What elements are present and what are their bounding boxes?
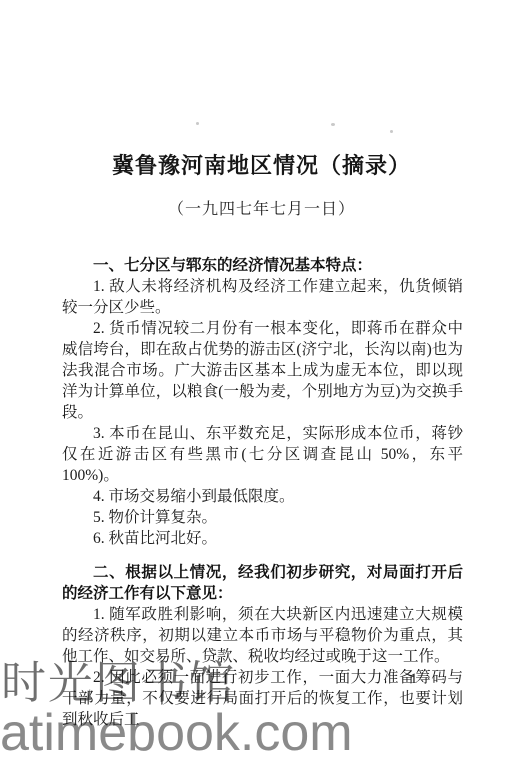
scan-noise-speck [331, 123, 335, 126]
section-1-paragraph-4: 4. 市场交易缩小到最低限度。 [62, 486, 463, 507]
section-1-paragraph-2: 2. 货币情况较二月份有一根本变化，即蒋币在群众中威信垮台，即在敌占优势的游击区… [62, 318, 463, 423]
section-1-paragraph-6: 6. 秋苗比河北好。 [62, 528, 463, 549]
section-1-paragraph-3: 3. 本币在昆山、东平数充足，实际形成本位币，蒋钞仅在近游击区有些黑市(七分区调… [62, 423, 463, 486]
document-body: 一、七分区与郓东的经济情况基本特点： 1. 敌人未将经济机构及经济工作建立起来，… [62, 255, 463, 730]
section-2-paragraph-2: 2. 因此必须一面进行初步工作，一面大力准备筹码与干部力量，不仅要进行局面打开后… [62, 667, 463, 730]
section-1-paragraph-1: 1. 敌人未将经济机构及经济工作建立起来，仇货倾销较一分区少些。 [62, 276, 463, 318]
scanned-document-page: 冀鲁豫河南地区情况（摘录） （一九四七年七月一日） 一、七分区与郓东的经济情况基… [0, 0, 523, 768]
section-2-paragraph-1: 1. 随军政胜利影响，须在大块新区内迅速建立大规模的经济秩序，初期以建立本币市场… [62, 604, 463, 667]
scan-noise-speck [390, 130, 393, 133]
document-title: 冀鲁豫河南地区情况（摘录） [0, 149, 523, 180]
scan-noise-speck [196, 122, 199, 125]
section-2-heading: 二、根据以上情况，经我们初步研究，对局面打开后的经济工作有以下意见： [62, 562, 463, 604]
document-date: （一九四七年七月一日） [0, 196, 523, 219]
section-1-paragraph-5: 5. 物价计算复杂。 [62, 507, 463, 528]
page-number: 1 [410, 671, 418, 688]
section-1-heading: 一、七分区与郓东的经济情况基本特点： [62, 255, 463, 276]
